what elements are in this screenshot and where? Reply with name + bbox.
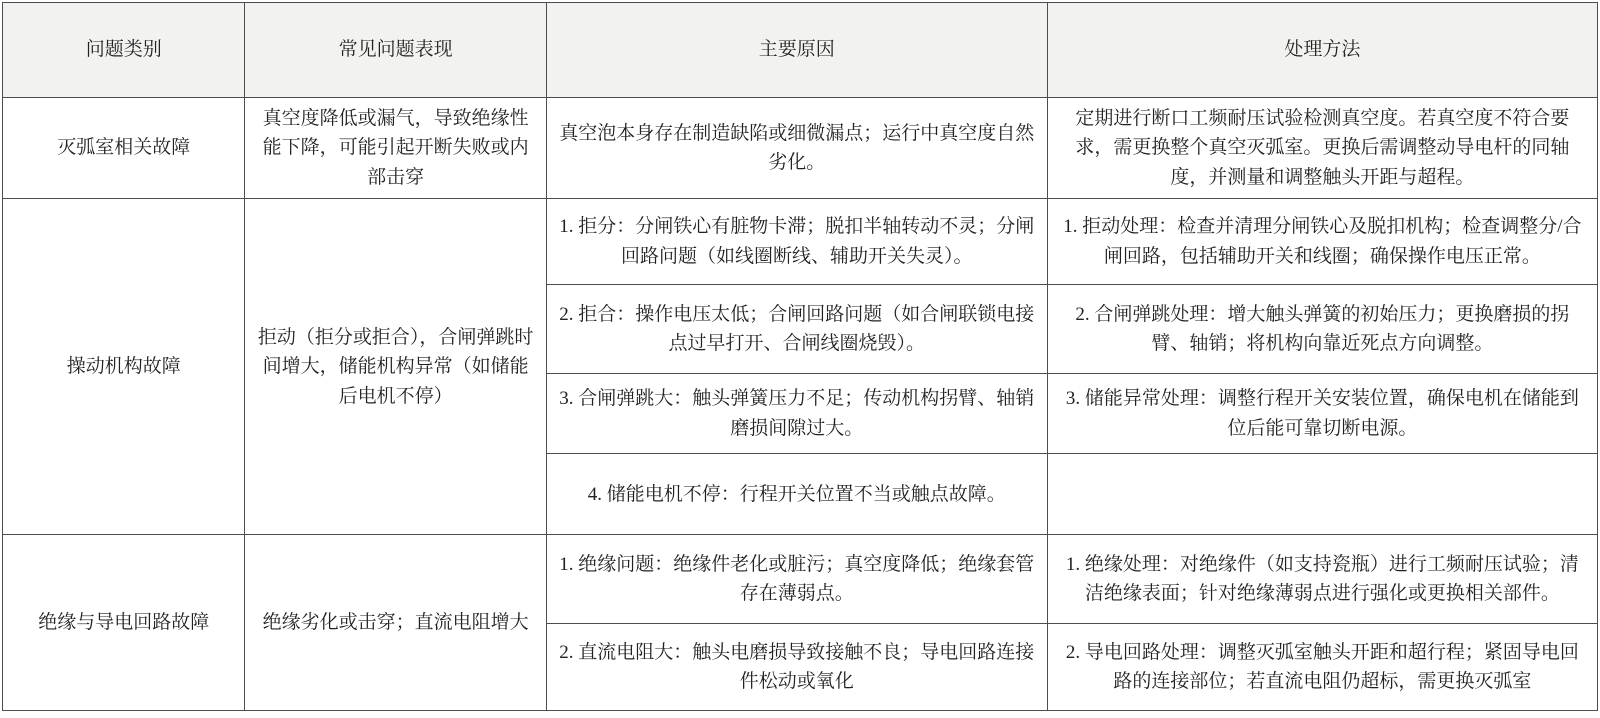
cell-solution: 1. 绝缘处理：对绝缘件（如支持瓷瓶）进行工频耐压试验；清洁绝缘表面；针对绝缘薄… xyxy=(1047,535,1597,624)
cell-symptoms: 绝缘劣化或击穿；直流电阻增大 xyxy=(245,535,546,711)
header-symptoms: 常见问题表现 xyxy=(245,3,546,98)
cell-solution: 定期进行断口工频耐压试验检测真空度。若真空度不符合要求，需更换整个真空灭弧室。更… xyxy=(1047,98,1597,199)
cell-cause: 4. 储能电机不停：行程开关位置不当或触点故障。 xyxy=(546,454,1047,535)
cell-solution: 2. 合闸弹跳处理：增大触头弹簧的初始压力；更换磨损的拐臂、轴销；将机构向靠近死… xyxy=(1047,285,1597,374)
cell-cause: 3. 合闸弹跳大：触头弹簧压力不足；传动机构拐臂、轴销磨损间隙过大。 xyxy=(546,374,1047,454)
header-row: 问题类别 常见问题表现 主要原因 处理方法 xyxy=(3,3,1598,98)
cell-cause: 2. 直流电阻大：触头电磨损导致接触不良；导电回路连接件松动或氧化 xyxy=(546,624,1047,711)
cell-category: 灭弧室相关故障 xyxy=(3,98,245,199)
fault-table: 问题类别 常见问题表现 主要原因 处理方法 灭弧室相关故障 真空度降低或漏气，导… xyxy=(2,2,1598,711)
table-header: 问题类别 常见问题表现 主要原因 处理方法 xyxy=(3,3,1598,98)
cell-category: 绝缘与导电回路故障 xyxy=(3,535,245,711)
cell-cause: 1. 拒分：分闸铁心有脏物卡滞；脱扣半轴转动不灵；分闸回路问题（如线圈断线、辅助… xyxy=(546,199,1047,285)
header-category: 问题类别 xyxy=(3,3,245,98)
cell-solution: 3. 储能异常处理：调整行程开关安装位置，确保电机在储能到位后能可靠切断电源。 xyxy=(1047,374,1597,454)
header-solutions: 处理方法 xyxy=(1047,3,1597,98)
cell-solution-empty xyxy=(1047,454,1597,535)
cell-symptoms: 拒动（拒分或拒合），合闸弹跳时间增大，储能机构异常（如储能后电机不停） xyxy=(245,199,546,535)
table-row: 灭弧室相关故障 真空度降低或漏气，导致绝缘性能下降，可能引起开断失败或内部击穿 … xyxy=(3,98,1598,199)
cell-category: 操动机构故障 xyxy=(3,199,245,535)
cell-cause: 1. 绝缘问题：绝缘件老化或脏污；真空度降低；绝缘套管存在薄弱点。 xyxy=(546,535,1047,624)
table-row: 操动机构故障 拒动（拒分或拒合），合闸弹跳时间增大，储能机构异常（如储能后电机不… xyxy=(3,199,1598,285)
table-row: 绝缘与导电回路故障 绝缘劣化或击穿；直流电阻增大 1. 绝缘问题：绝缘件老化或脏… xyxy=(3,535,1598,624)
header-causes: 主要原因 xyxy=(546,3,1047,98)
cell-solution: 2. 导电回路处理：调整灭弧室触头开距和超行程；紧固导电回路的连接部位；若直流电… xyxy=(1047,624,1597,711)
cell-symptoms: 真空度降低或漏气，导致绝缘性能下降，可能引起开断失败或内部击穿 xyxy=(245,98,546,199)
cell-cause: 真空泡本身存在制造缺陷或细微漏点；运行中真空度自然劣化。 xyxy=(546,98,1047,199)
table-body: 灭弧室相关故障 真空度降低或漏气，导致绝缘性能下降，可能引起开断失败或内部击穿 … xyxy=(3,98,1598,711)
cell-cause: 2. 拒合：操作电压太低；合闸回路问题（如合闸联锁电接点过早打开、合闸线圈烧毁）… xyxy=(546,285,1047,374)
fault-table-container: 问题类别 常见问题表现 主要原因 处理方法 灭弧室相关故障 真空度降低或漏气，导… xyxy=(2,2,1598,711)
cell-solution: 1. 拒动处理：检查并清理分闸铁心及脱扣机构；检查调整分/合闸回路，包括辅助开关… xyxy=(1047,199,1597,285)
